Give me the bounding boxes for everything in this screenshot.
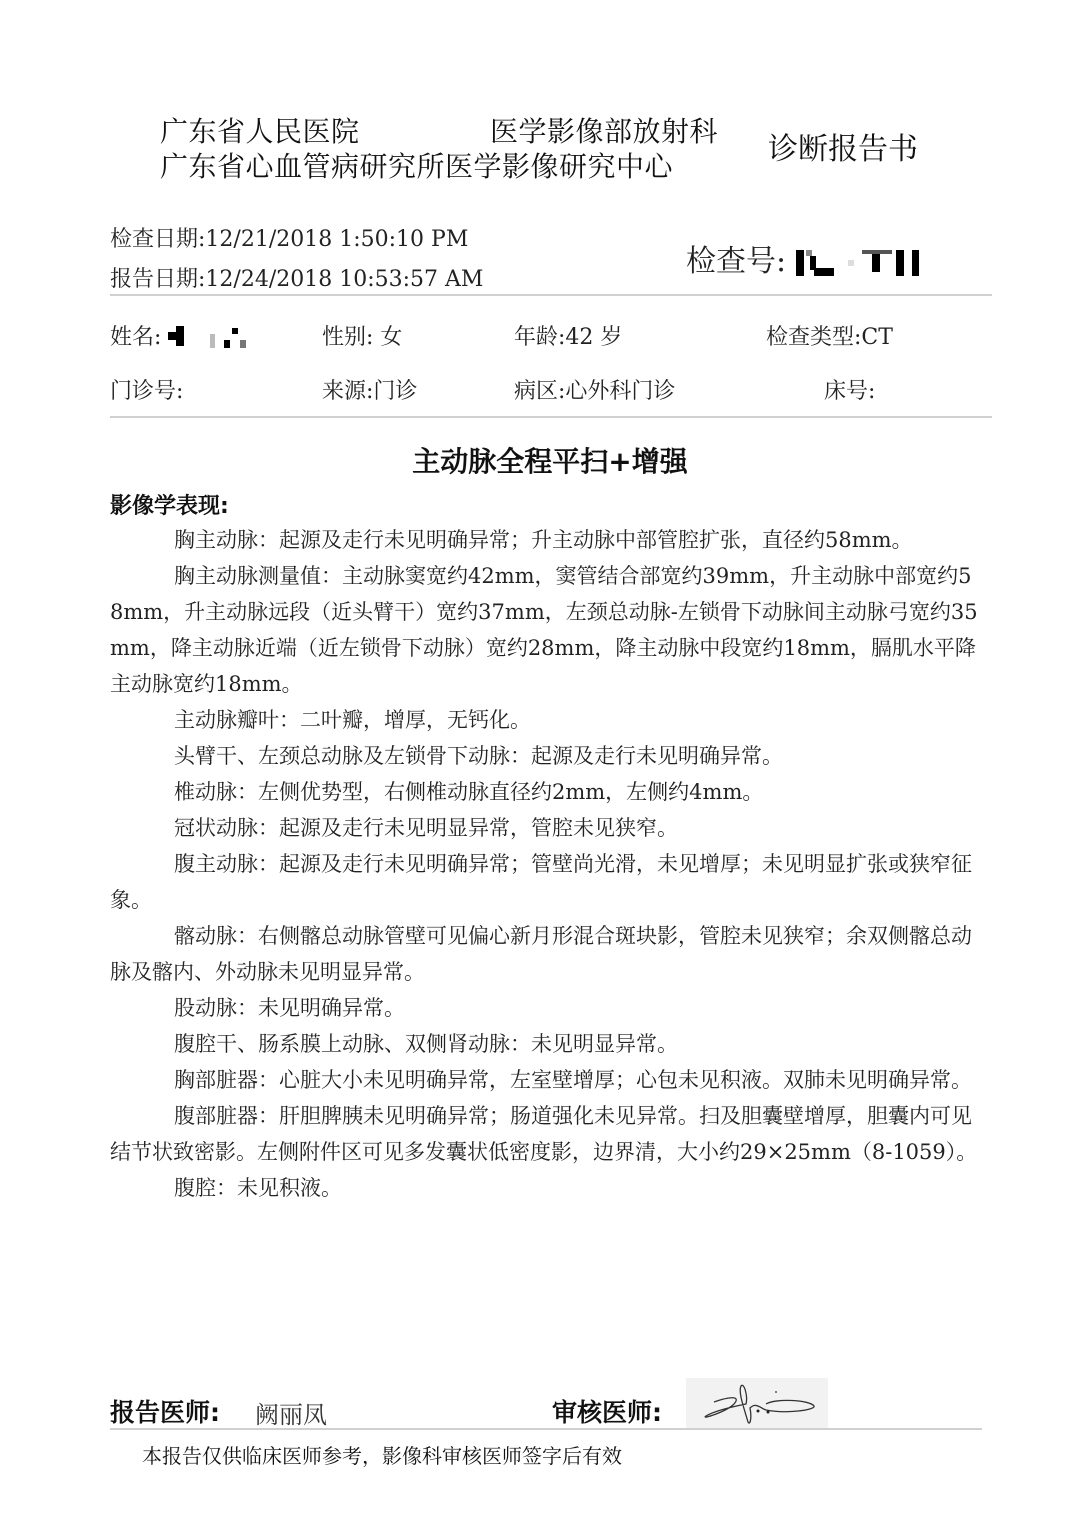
finding-aortic-valve: 主动脉瓣叶：二叶瓣，增厚，无钙化。 — [110, 702, 978, 738]
finding-thoracic-aorta: 胸主动脉：起源及走行未见明确异常；升主动脉中部管腔扩张，直径约58mm。 — [110, 522, 978, 558]
finding-arch-branches: 头臂干、左颈总动脉及左锁骨下动脉：起源及走行未见明确异常。 — [110, 738, 978, 774]
exam-type-label: 检查类型: — [766, 325, 861, 350]
exam-date-value: 12/21/2018 1:50:10 PM — [205, 227, 468, 252]
exam-type-value: CT — [861, 325, 893, 350]
divider-top — [110, 294, 992, 296]
finding-visceral-arteries: 腹腔干、肠系膜上动脉、双侧肾动脉：未见明显异常。 — [110, 1026, 978, 1062]
divider-patient — [110, 416, 992, 418]
patient-age: 年龄:42 岁 — [514, 320, 622, 351]
age-value: 42 岁 — [565, 325, 622, 350]
patient-name-redacted — [168, 326, 258, 350]
department-name: 医学影像部放射科 — [490, 110, 718, 150]
finding-abdominal-aorta: 腹主动脉：起源及走行未见明确异常；管壁尚光滑，未见增厚；未见明显扩张或狭窄征象。 — [110, 846, 978, 918]
exam-number-redacted — [796, 248, 926, 278]
clinic-number-label: 门诊号: — [110, 379, 183, 404]
patient-name-label: 姓名: — [110, 325, 161, 350]
finding-femoral-artery: 股动脉：未见明确异常。 — [110, 990, 978, 1026]
exam-number: 检查号: — [686, 236, 926, 280]
patient-gender: 性别: 女 — [322, 320, 402, 351]
exam-date: 检查日期:12/21/2018 1:50:10 PM — [110, 222, 468, 253]
finding-peritoneal-cavity: 腹腔：未见积液。 — [110, 1170, 978, 1206]
report-date-value: 12/24/2018 10:53:57 AM — [205, 267, 483, 292]
source-label: 来源: — [322, 379, 373, 404]
source-value: 门诊 — [373, 379, 417, 404]
finding-abdominal-organs: 腹部脏器：肝胆脾胰未见明确异常；肠道强化未见异常。扫及胆囊壁增厚，胆囊内可见结节… — [110, 1098, 978, 1170]
findings-heading: 影像学表现: — [110, 489, 229, 520]
finding-thoracic-organs: 胸部脏器：心脏大小未见明确异常，左室壁增厚；心包未见积液。双肺未见明确异常。 — [110, 1062, 978, 1098]
ward: 病区:心外科门诊 — [514, 374, 675, 405]
institute-name: 广东省心血管病研究所医学影像研究中心 — [160, 145, 673, 185]
divider-footer — [110, 1428, 982, 1430]
exam-type: 检查类型:CT — [766, 320, 893, 351]
report-title: 主动脉全程平扫+增强 — [0, 440, 1080, 480]
bed-number: 床号: — [824, 374, 875, 405]
hospital-name: 广东省人民医院 — [160, 110, 360, 150]
ward-label: 病区: — [514, 379, 565, 404]
bed-label: 床号: — [824, 379, 875, 404]
report-date: 报告日期:12/24/2018 10:53:57 AM — [110, 262, 483, 293]
ward-value: 心外科门诊 — [565, 379, 675, 404]
patient-name: 姓名: — [110, 320, 258, 351]
document-title: 诊断报告书 — [768, 124, 918, 168]
finding-coronary-artery: 冠状动脉：起源及走行未见明显异常，管腔未见狭窄。 — [110, 810, 978, 846]
finding-iliac-artery: 髂动脉：右侧髂总动脉管壁可见偏心新月形混合斑块影，管腔未见狭窄；余双侧髂总动脉及… — [110, 918, 978, 990]
reporting-doctor-label: 报告医师: — [110, 1393, 220, 1429]
gender-value: 女 — [380, 325, 402, 350]
reporting-doctor-name: 阙丽凤 — [255, 1395, 327, 1430]
report-date-label: 报告日期: — [110, 267, 205, 292]
reviewer-signature — [686, 1378, 828, 1430]
exam-date-label: 检查日期: — [110, 227, 205, 252]
finding-thoracic-measurements: 胸主动脉测量值：主动脉窦宽约42mm，窦管结合部宽约39mm，升主动脉中部宽约5… — [110, 558, 978, 702]
findings-body: 胸主动脉：起源及走行未见明确异常；升主动脉中部管腔扩张，直径约58mm。 胸主动… — [110, 522, 978, 1206]
age-label: 年龄: — [514, 325, 565, 350]
signature-icon — [686, 1378, 828, 1430]
reviewing-doctor-label: 审核医师: — [552, 1393, 662, 1429]
clinic-number: 门诊号: — [110, 374, 183, 405]
exam-number-label: 检查号: — [686, 244, 786, 279]
finding-vertebral-artery: 椎动脉：左侧优势型，右侧椎动脉直径约2mm，左侧约4mm。 — [110, 774, 978, 810]
gender-label: 性别: — [322, 325, 373, 350]
validity-notice: 本报告仅供临床医师参考，影像科审核医师签字后有效 — [142, 1440, 622, 1469]
patient-source: 来源:门诊 — [322, 374, 417, 405]
